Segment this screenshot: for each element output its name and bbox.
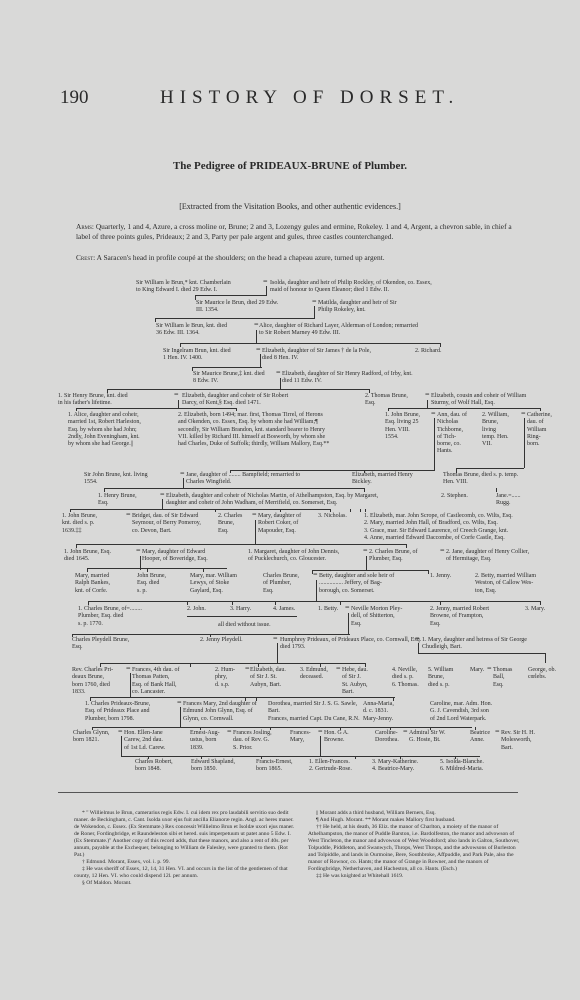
tree-line [76,408,236,409]
tree-line [496,488,497,492]
running-title: HISTORY OF DORSET. [160,87,459,109]
person-william-brune-ii: 5. WilliamBrune,died s. p. [428,667,453,689]
spouse-thomas-ball: ThomasBall,Esq. [493,667,512,689]
daughters-anna-mary: Anna-Maria,d. c. 1831.Mary-Jenny. [363,701,394,723]
marriage-sign: = [336,664,341,673]
tree-line [360,509,361,512]
arms-label: Arms: [76,222,94,231]
marriage-sign: = [126,664,131,673]
marriage-sign: = [245,664,250,673]
spouse-elizabeth-darcy: Elizabeth, daughter and coheir of Sir Ro… [182,393,288,408]
children-ellen-gertrude: 1. Ellen-Frances.2. Gertrude-Rose. [309,759,352,774]
person-caroline-cavendish: Caroline, mar. Adm. Hon.G. J. Cavendish,… [430,701,492,723]
spouse-frances-patten: Frances, 4th dau. ofThomas Patten,Esq. o… [132,667,180,696]
tree-line [236,408,237,411]
tree-line [70,509,71,512]
tree-line [107,389,369,390]
tree-line [121,756,331,757]
tree-line [180,707,181,728]
spouse-elizabeth-radford: Elizabeth, daughter of Sir Henry Radford… [282,371,413,386]
pedigree-subtitle: [Extracted from the Visitation Books, an… [0,202,580,211]
spouse-frances-josling: Frances Josling,dau. of Rev. G.S. Prior. [233,730,272,752]
tree-line [192,367,262,368]
tree-line [190,663,191,667]
children-edward-shapland: Edward Shapland,born 1850. [191,759,235,774]
person-thomas-brune-ii: Thomas Brune, died s. p. temp.Hen. VIII. [443,472,518,487]
person-beatrice-anne: BeatriceAnne. [470,730,490,745]
person-mary-lewys: Mary, mar. WilliamLewys, of StokeGaylard… [190,573,237,595]
arms-blazon: Arms: Quarterly, 1 and 4, Azure, a cross… [76,222,516,242]
note-died-without-issue: all died without issue. [218,622,271,629]
person-sir-william-le-brun-ii: Sir William le Brun, knt. died36 Edw. II… [156,323,227,338]
tree-line [121,736,122,756]
tree-line [427,400,428,408]
daughters-dorothea-frances: Dorothea, married Sir J. S. G. Sawle,Bar… [268,701,360,723]
person-richard: 2. Richard. [415,348,442,355]
spouse-ann-tichborne: Ann, dau. ofNicholasTichborne,of Tich-bo… [437,412,467,456]
tree-line [180,343,181,347]
spouse-elizabeth-pole: Elizabeth, daughter of Sir James † de la… [262,348,371,363]
spouse-mary-chudleigh: 1. Mary, daughter and heiress of Sir Geo… [422,637,527,652]
tree-line [203,568,204,572]
tree-line [540,601,541,605]
person-john-brune-1645: 1. John Brune, Esq.died 1645. [64,549,111,564]
tree-line [147,568,148,572]
tree-line [130,673,131,697]
tree-line [440,343,441,347]
person-jenny-browne: 2. Jenny, married RobertBrowne, of Framp… [430,606,489,628]
tree-line [418,653,545,654]
spouse-mary-hooper: Mary, daughter of EdwardHooper, of Bover… [142,549,208,564]
person-elizabeth-bickley: Elizabeth, married HenryBickley. [352,472,413,487]
marriage-sign: = [487,664,492,673]
person-elizabeth-1494: 2. Elizabeth, born 1494; mar. first, Tho… [178,412,329,448]
tree-line [316,580,317,602]
person-george: George, ob.cœlebs. [528,667,556,682]
tree-line [76,544,406,545]
person-charles-brune: 2. CharlesBrune,Esq. [218,513,242,535]
tree-line [87,568,88,572]
children-francis-ernest: Francis-Ernest,born 1865. [256,759,293,774]
tree-line [350,509,351,512]
person-jenny: 1. Jenny. [430,573,451,580]
tree-line [178,400,179,408]
tree-line [215,509,216,512]
marriage-sign: = [273,634,278,643]
page-number: 190 [60,87,89,109]
person-john-brune-sp: John Brune,Esq. dieds. p. [137,573,166,595]
person-william-brune: 2. William,Brune,livingtemp. Hen.VII. [482,412,509,448]
person-jenny-pleydell: 2. Jenny Pleydell. [200,637,243,644]
marriage-sign: = [313,570,318,579]
person-sir-maurice-le-brun: Sir Maurice le Brun, died 29 Edw.III. 13… [196,300,278,315]
tree-line [72,634,350,635]
person-edmund: 3. Edmund,deceased. [300,667,328,682]
children-charles-robert: Charles Robert,born 1848. [135,759,173,774]
spouse-betty-jeffery: Betty, daughter and sole heir of........… [319,573,394,595]
footnote: ‡‡ He was knighted at Whitehall 1619. [308,873,520,880]
marriage-sign: = [126,510,131,519]
spouse-frances-mary-glynn: Frances Mary, 2nd daughter ofEdmund John… [183,701,257,723]
tree-line [524,418,525,468]
person-henry-brune: 1. Henry Brune,Esq. [98,493,137,508]
person-rev-charles-prideaux-brune: Rev. Charles Pri-deaux Brune,born 1760, … [72,667,113,696]
tree-line [365,509,366,512]
tree-line [280,509,281,512]
marriage-sign: = [177,698,182,707]
person-james: 4. James. [273,606,295,613]
spouse-elizabeth-st-aubyn: Elizabeth, dau.of Sir J. St.Aubyn, Bart. [250,667,286,689]
tree-line [187,616,297,617]
person-betty-weston: 2. Betty, married WilliamWeston, of Call… [475,573,536,595]
marriage-sign: = [318,727,323,736]
crest-label: Crest: [76,253,95,262]
tree-line [406,544,407,548]
person-ernest-augustus: Ernest-Aug-ustus, born1839. [190,730,220,752]
spouse-elizabeth-martin: Elizabeth, daughter and coheir of Nichol… [166,493,378,508]
tree-line [255,520,256,544]
person-sir-william-le-brun: Sir William le Brun,* knt. Chamberlainto… [136,280,231,295]
arms-text: Quarterly, 1 and 4, Azure, a cross molin… [76,222,512,241]
marriage-sign: = [495,727,500,736]
marriage-sign: = [403,727,408,736]
person-caroline-dorothea: Caroline-Dorothea. [375,730,399,745]
tree-line [232,601,233,605]
footnote: ¶ And Hugh. Morant. ** Morant makes Mall… [308,817,520,824]
footnote: || Morant adds a third husband, William … [308,810,520,817]
person-john-brune: 1. John Brune,Esq. living 25Hen. VIII.15… [385,412,420,441]
marriage-sign: = [263,277,268,286]
children-isolda-mildred: 5. Isolda-Blanche.6. Mildred-Maria. [440,759,484,774]
tree-line [155,318,315,319]
person-humphry: 2. Hum-phry,d. s.p. [215,667,235,689]
person-sir-maurice-brune: Sir Maurice Brune,‡ knt. died8 Edw. IV. [193,371,265,386]
person-neville: 4. Neville,died s. p.6. Thomas. [392,667,419,689]
spouse-neville-pleydell: Neville Morton Pley-dell, of Shitterton,… [351,606,402,628]
tree-line [92,727,472,728]
marriage-sign: = [363,546,368,555]
tree-line [104,488,364,489]
tree-line [155,318,156,322]
crest-text: A Saracen's head in profile coupé at the… [97,253,385,262]
person-john-brune-1639: 1. John Brune,knt. died s. p.1639.‡‡ [62,513,97,535]
spouse-ellen-jane-carew: Hon. Ellen-JaneCarew, 2nd dau.of 1st Ld.… [124,730,165,752]
crest-blazon: Crest: A Saracen's head in profile coupé… [76,253,516,263]
footnote: † Edmund. Morant, Essex, vol. i. p. 99. [74,859,296,866]
tree-line [540,408,541,411]
tree-line [90,697,395,698]
marriage-sign: = [415,634,420,643]
marriage-sign: = [276,368,281,377]
spouse-margaret-dennis: 1. Margaret, daughter of John Dennis,of … [248,549,339,564]
spouse-hon-g-a-browne: Hon. G A.Browne. [324,730,349,745]
tree-line [187,601,188,605]
tree-line [76,408,77,411]
person-charles-brune-iii: Charles Brune,of Plumber,Esq. [263,573,299,595]
person-charles-glynn: Charles Glynn,born 1821. [73,730,109,745]
tree-line [320,736,321,756]
person-charles-brune-plumber: 2. Charles Brune, ofPlumber, Esq. [369,549,418,564]
marriage-sign: = [521,409,526,418]
spouse-admiral-hoste: Admiral Sir W.G. Hoste, Bt. [409,730,446,745]
footnote: ‡ He was sheriff of Essex, 12, 14, 31 He… [74,866,296,880]
marriage-sign: = [345,603,350,612]
tree-line [275,601,276,605]
marriage-sign: = [180,469,185,478]
spouse-matilda: Matilda, daughter and heir of SirPhilip … [318,300,397,315]
tree-line [70,509,330,510]
tree-line [440,601,441,605]
tree-line [76,544,77,548]
tree-line [418,643,419,653]
person-sir-john-brune: Sir John Brune, knt. living1554. [84,472,148,487]
person-charles-prideaux-brune: 1. Charles Prideaux-Brune,Esq. of Pridea… [85,701,150,723]
person-stephen: 2. Stephen. [441,493,468,500]
spouse-humphrey-prideaux: Humphrey Prideaux, of Prideaux Place, co… [280,637,421,652]
tree-line [277,643,278,663]
marriage-sign: = [431,409,436,418]
person-frances-mary: Frances-Mary, [290,730,311,745]
footnote: * " Willielmus le Brun, camerarius regis… [74,810,296,859]
spouse-isolda: Isolda, daughter and heir of Philip Rock… [270,280,432,295]
marriage-sign: = [252,510,257,519]
person-jane-rugg: Jane.=......Rugg. [496,493,521,508]
tree-line [348,613,349,635]
tree-line [366,556,367,570]
marriage-sign: = [136,546,141,555]
spouse-jane-bampfield: Jane, daughter of ........ Bampfield; re… [186,472,300,487]
spouse-mary-coker: Mary, daughter ofRobert Coker, ofMapoude… [258,513,301,535]
footnotes-right: || Morant adds a third husband, William … [308,810,520,880]
person-mary: Mary. [470,667,484,674]
person-alice: 1. Alice, daughter and coheir,married 1s… [68,412,141,448]
tree-line [330,509,331,512]
tree-line [183,478,184,488]
marriage-sign: = [440,546,445,555]
pedigree-title: The Pedigree of PRIDEAUX-BRUNE of Plumbe… [0,160,580,172]
person-mary-bankes: Mary, marriedRalph Bankes,knt. of Corfe. [75,573,110,595]
spouse-elizabeth-sturmy: Elizabeth, cousin and coheir of WilliamS… [431,393,526,408]
marriage-sign: = [160,490,165,499]
tree-line [195,295,267,296]
person-sir-ingelram-brun: Sir Ingelram Brun, knt. died1 Hen. IV. 1… [163,348,231,363]
spouse-bridget-seymour: Bridget, dau. of Sir EdwardSeymour, of B… [132,513,201,535]
person-harry: 3. Harry. [230,606,251,613]
person-betty-pleydell: 1. Betty. [318,606,338,613]
daughters-list: 1. Elizabeth, mar. John Scrope, of Castl… [364,513,513,542]
footnote-rule [58,792,518,793]
tree-line [428,570,429,574]
tree-line [434,418,435,470]
spouse-catherine-ringborn: Catherine,dau. ofWilliamRing-born. [527,412,552,448]
person-sir-henry-brune: 1. Sir Henry Brune, knt. diedin his fath… [58,393,128,408]
tree-line [388,408,540,409]
tree-line [162,499,163,509]
footnote: †† He held, at his death, 36 Eliz. the m… [308,824,520,873]
tree-line [364,488,365,492]
tree-line [87,568,227,569]
person-nicholas: 3. Nicholas. [318,513,347,520]
spouse-alice: Alice, daughter of Richard Layer, Alderm… [259,323,418,338]
person-john: 2. John. [187,606,206,613]
children-mary-beatrice: 3. Mary-Katherine.4. Beatrice-Mary. [372,759,418,774]
footnote: § Of Maldon. Morant. [74,880,296,887]
tree-line [180,343,440,344]
tree-line [230,470,435,471]
marriage-sign: = [312,297,317,306]
person-charles-pleydell-brune: Charles Pleydell Brune,Esq. [72,637,129,652]
tree-line [456,468,524,469]
marriage-sign: = [256,345,261,354]
spouse-rev-molesworth: Rev. Sir H. H.Molesworth,Bart. [501,730,535,752]
spouse-jane-collier: 2. Jane, daughter of Henry Collier,of He… [446,549,529,564]
footnotes-left: * " Willielmus le Brun, camerarius regis… [74,810,296,887]
tree-line [545,653,546,663]
tree-line [388,408,389,411]
tree-line [312,570,428,571]
marriage-sign: = [118,727,123,736]
person-mary-iii: 3. Mary. [525,606,545,613]
tree-line [88,601,383,602]
tree-line [256,330,257,344]
tree-line [104,488,105,492]
person-thomas-brune: 2. Thomas Brune,Esq. [365,393,408,408]
tree-line [88,601,89,605]
marriage-sign: = [174,390,179,399]
spouse-hebe-st-aubyn: Hebe, dau.of Sir J.St. Aubyn,Bart. [342,667,368,696]
marriage-sign: = [425,390,430,399]
marriage-sign: = [254,320,259,329]
tree-line [355,756,356,759]
marriage-sign: = [227,727,232,736]
person-charles-brune-1770: 1. Charles Brune, of=........Plumber, Es… [78,606,142,628]
tree-line [260,354,261,368]
